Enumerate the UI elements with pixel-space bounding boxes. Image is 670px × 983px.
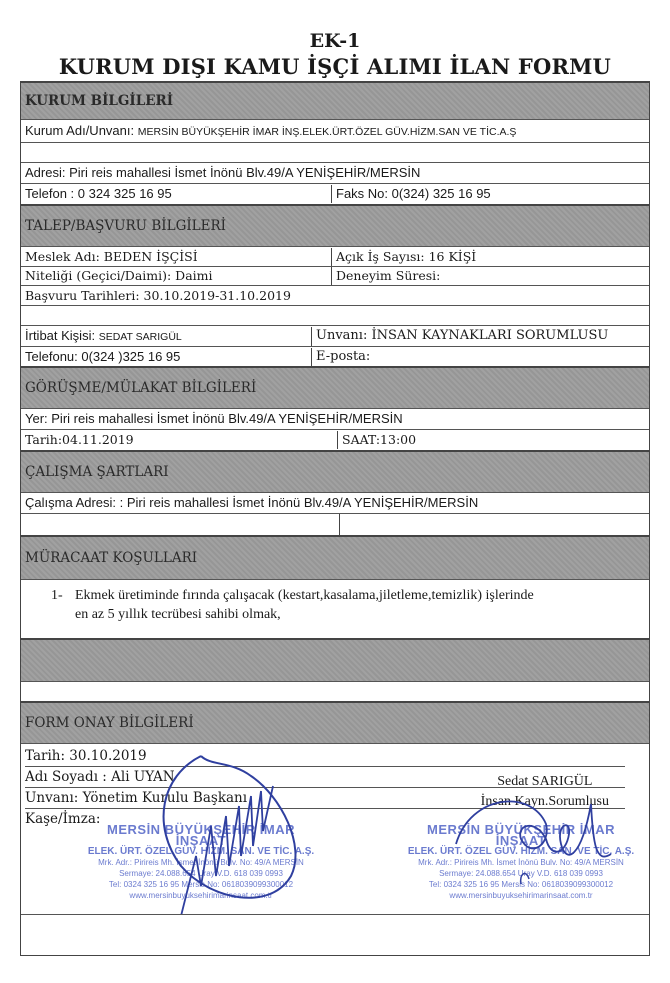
kurum-adi-value: MERSİN BÜYÜKŞEHİR İMAR İNŞ.ELEK.ÜRT.ÖZEL… [138, 126, 517, 138]
telefon-field: Telefon : 0 324 325 16 95 [21, 185, 332, 203]
unvan-field: Unvanı: İNSAN KAYNAKLARI SORUMLUSU [312, 327, 612, 345]
empty-cell [21, 514, 340, 535]
faks-field: Faks No: 0(324) 325 16 95 [332, 185, 495, 203]
signature-left-icon [141, 736, 311, 921]
calisma-adres-row: Çalışma Adresi: : Piri reis mahallesi İs… [21, 492, 649, 513]
section-title: FORM ONAY BİLGİLERİ [21, 714, 198, 732]
gorusme-saat-field: SAAT:13:00 [338, 431, 420, 449]
condition-item: 1-Ekmek üretiminde fırında çalışacak (ke… [21, 580, 649, 624]
meslek-field: Meslek Adı: BEDEN İŞÇİSİ [21, 248, 332, 266]
irtibat-field: İrtibat Kişisi: SEDAT SARIGÜL [21, 327, 312, 346]
job-posting-form: KURUM BİLGİLERİ Kurum Adı/Unvanı: MERSİN… [20, 81, 650, 956]
onay-tarih: Tarih: 30.10.2019 [25, 746, 625, 767]
deneyim-field: Deneyim Süresi: [332, 267, 444, 285]
condition-number: 1- [51, 586, 75, 605]
adres-field: Adresi: Piri reis mahallesi İsmet İnönü … [21, 164, 424, 182]
nitelik-row: Niteliği (Geçici/Daimi): Daimi Deneyim S… [21, 266, 649, 285]
irtibat-row: İrtibat Kişisi: SEDAT SARIGÜL Unvanı: İN… [21, 325, 649, 346]
section-title: ÇALIŞMA ŞARTLARI [21, 463, 173, 481]
approval-area: Tarih: 30.10.2019 Adı Soyadı : Ali UYAN … [21, 743, 649, 914]
section-header-kurum: KURUM BİLGİLERİ [21, 81, 649, 119]
acik-is-field: Açık İş Sayısı: 16 KİŞİ [332, 248, 480, 266]
gorusme-tarih-field: Tarih:04.11.2019 [21, 431, 338, 449]
kurum-adi-row: Kurum Adı/Unvanı: MERSİN BÜYÜKŞEHİR İMAR… [21, 119, 649, 142]
tarih-saat-row: Tarih:04.11.2019 SAAT:13:00 [21, 429, 649, 450]
condition-text-2: en az 5 yıllık tecrübesi sahibi olmak, [51, 605, 645, 624]
yer-field: Yer: Piri reis mahallesi İsmet İnönü Blv… [21, 410, 407, 428]
section-header-calisma: ÇALIŞMA ŞARTLARI [21, 450, 649, 492]
basvuru-tarihleri-field: Başvuru Tarihleri: 30.10.2019-31.10.2019 [21, 287, 295, 305]
form-title: KURUM DIŞI KAMU İŞÇİ ALIMI İLAN FORMU [0, 54, 670, 79]
telefonu-row: Telefonu: 0(324 )325 16 95 E-posta: [21, 346, 649, 366]
empty-row [21, 142, 649, 162]
calisma-adres-field: Çalışma Adresi: : Piri reis mahallesi İs… [21, 494, 482, 512]
telefon-faks-row: Telefon : 0 324 325 16 95 Faks No: 0(324… [21, 183, 649, 204]
eposta-field: E-posta: [312, 348, 374, 366]
empty-split-row [21, 513, 649, 535]
kurum-adi-field: Kurum Adı/Unvanı: MERSİN BÜYÜKŞEHİR İMAR… [21, 122, 520, 141]
section-title: TALEP/BAŞVURU BİLGİLERİ [21, 217, 230, 235]
section-title: MÜRACAAT KOŞULLARI [21, 549, 201, 567]
adres-row: Adresi: Piri reis mahallesi İsmet İnönü … [21, 162, 649, 183]
section-header-muracaat: MÜRACAAT KOŞULLARI [21, 535, 649, 579]
empty-row [21, 681, 649, 701]
signature-right-icon [451, 784, 621, 894]
section-title: GÖRÜŞME/MÜLAKAT BİLGİLERİ [21, 379, 260, 397]
condition-text-1: Ekmek üretiminde fırında çalışacak (kest… [75, 588, 534, 603]
kurum-adi-label: Kurum Adı/Unvanı: [25, 123, 134, 138]
yer-row: Yer: Piri reis mahallesi İsmet İnönü Blv… [21, 408, 649, 429]
basvuru-tarih-row: Başvuru Tarihleri: 30.10.2019-31.10.2019 [21, 285, 649, 305]
section-title: KURUM BİLGİLERİ [21, 92, 177, 110]
section-header-gorusme: GÖRÜŞME/MÜLAKAT BİLGİLERİ [21, 366, 649, 408]
irtibat-label: İrtibat Kişisi: [25, 328, 95, 343]
section-header-form-onay: FORM ONAY BİLGİLERİ [21, 701, 649, 743]
meslek-row: Meslek Adı: BEDEN İŞÇİSİ Açık İş Sayısı:… [21, 246, 649, 266]
empty-gray-row [21, 638, 649, 681]
irtibat-value: SEDAT SARIGÜL [99, 331, 182, 343]
section-header-talep: TALEP/BAŞVURU BİLGİLERİ [21, 204, 649, 246]
muracaat-conditions: 1-Ekmek üretiminde fırında çalışacak (ke… [21, 579, 649, 638]
empty-row-bottom [21, 914, 649, 955]
annex-label: EK-1 [0, 30, 670, 52]
nitelik-field: Niteliği (Geçici/Daimi): Daimi [21, 267, 332, 285]
telefonu-field: Telefonu: 0(324 )325 16 95 [21, 348, 312, 366]
empty-row [21, 305, 649, 325]
